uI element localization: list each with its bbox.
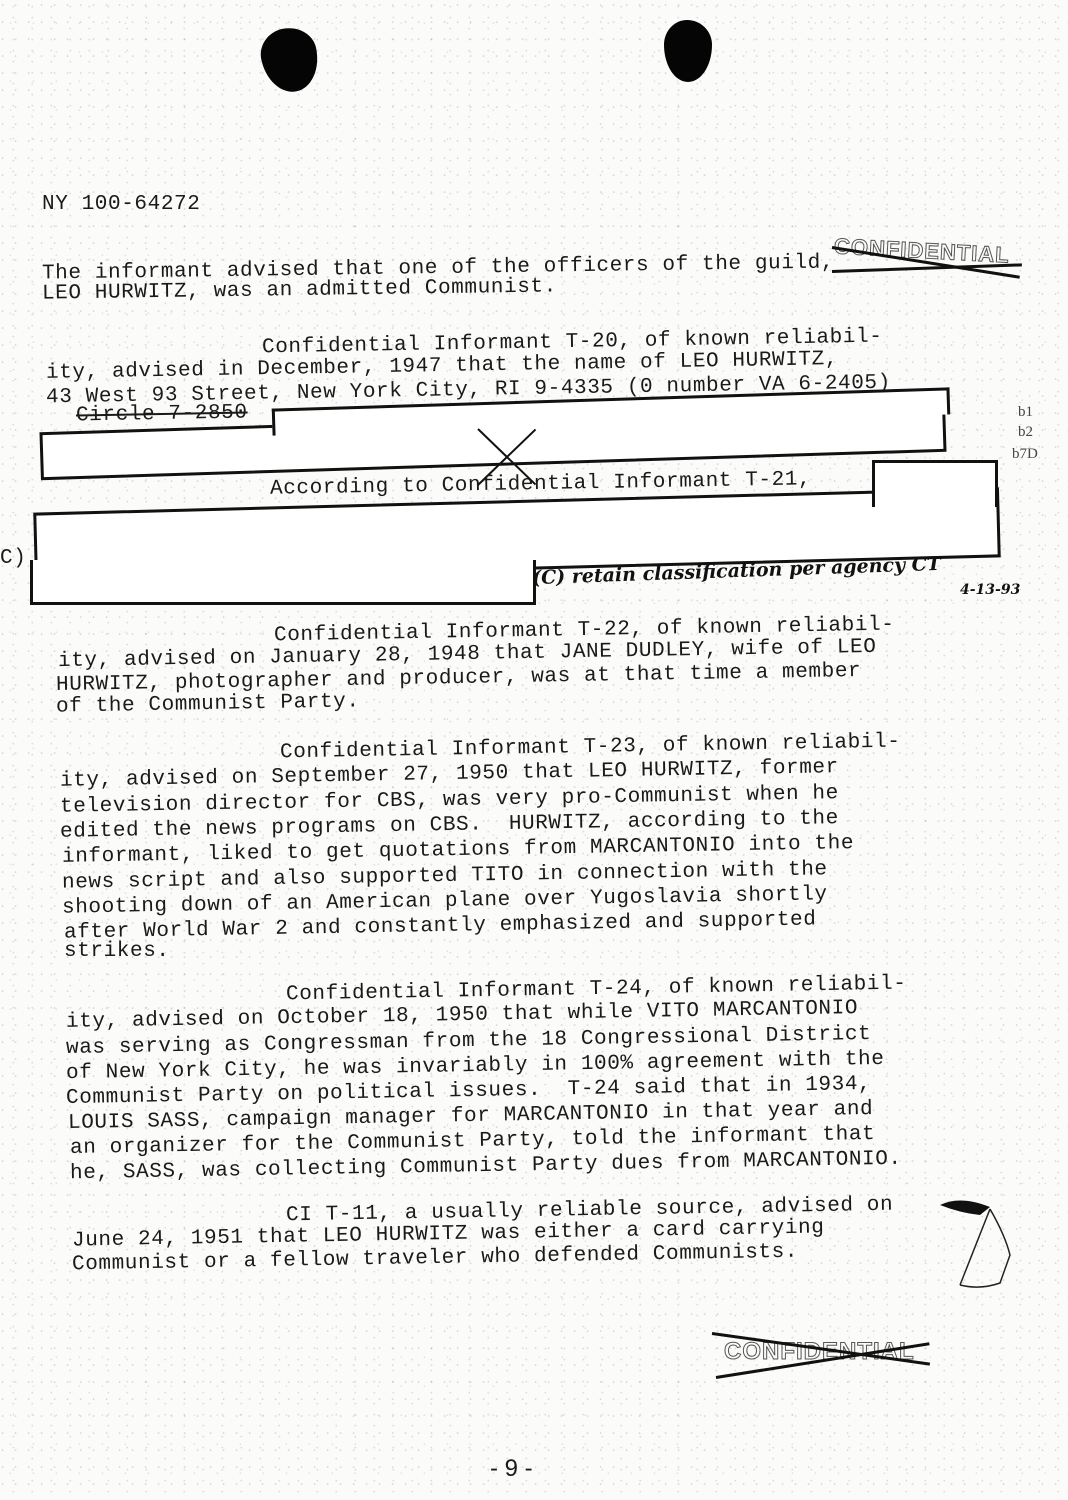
exemption-code-b2: b2 [1018,424,1033,441]
hole-punch-left [256,23,324,97]
handwritten-date: 4-13-93 [960,582,1020,598]
margin-mark: C) [0,548,26,569]
redaction-block-2-bottom [30,560,536,605]
p1-line-2: LEO HURWITZ, was an admitted Communist. [42,276,557,304]
page-number: - 9 - [490,1455,533,1483]
redaction-block-2-right [872,460,998,507]
p4-line-4: of the Communist Party. [56,691,360,717]
hole-punch-right [664,20,712,82]
exemption-code-b7d: b7D [1012,446,1038,463]
p2-line-4: Circle 7-2850 [76,403,248,427]
exemption-code-b1: b1 [1018,404,1033,421]
p5-line-9: strikes. [64,941,170,962]
torn-corner-mark [920,1195,1030,1295]
file-number: NY 100-64272 [42,194,200,215]
